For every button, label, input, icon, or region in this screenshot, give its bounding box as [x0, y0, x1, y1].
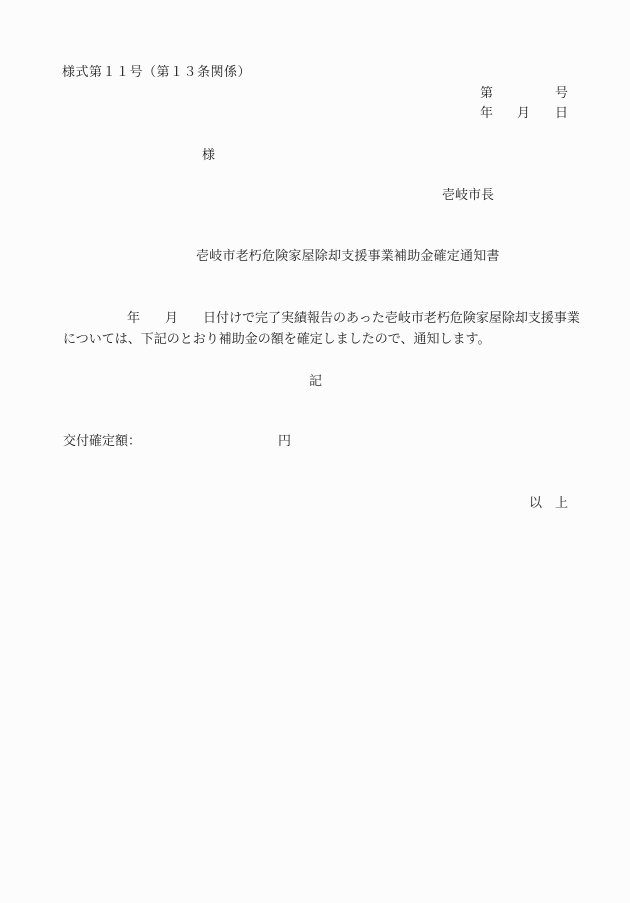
document-page: 様式第１１号（第１３条関係） 第 号 年 月 日 様 壱岐市長 壱岐市老朽危険家…	[0, 0, 630, 903]
closing-i: 以	[529, 496, 542, 512]
closing-jou: 上	[555, 496, 568, 512]
date-day-label: 日	[555, 106, 568, 122]
form-number: 様式第１１号（第１３条関係）	[62, 65, 251, 81]
body-text-line1: 日付けで完了実績報告のあった壱岐市老朽危険家屋除却支援事業	[203, 311, 580, 327]
issuer: 壱岐市長	[442, 188, 494, 204]
amount-label: 交付確定額：	[63, 434, 141, 450]
document-title: 壱岐市老朽危険家屋除却支援事業補助金確定通知書	[196, 249, 500, 265]
body-text-line2: については、下記のとおり補助金の額を確定しましたので、通知します。	[63, 332, 490, 348]
doc-number-prefix: 第	[480, 86, 493, 102]
addressee-suffix: 様	[202, 148, 215, 164]
date-year-label: 年	[480, 106, 493, 122]
doc-number-suffix: 号	[555, 86, 568, 102]
date-month-label: 月	[517, 106, 530, 122]
ki-heading: 記	[309, 374, 322, 390]
body-year-label: 年	[127, 311, 140, 327]
amount-unit: 円	[278, 434, 291, 450]
body-month-label: 月	[165, 311, 178, 327]
